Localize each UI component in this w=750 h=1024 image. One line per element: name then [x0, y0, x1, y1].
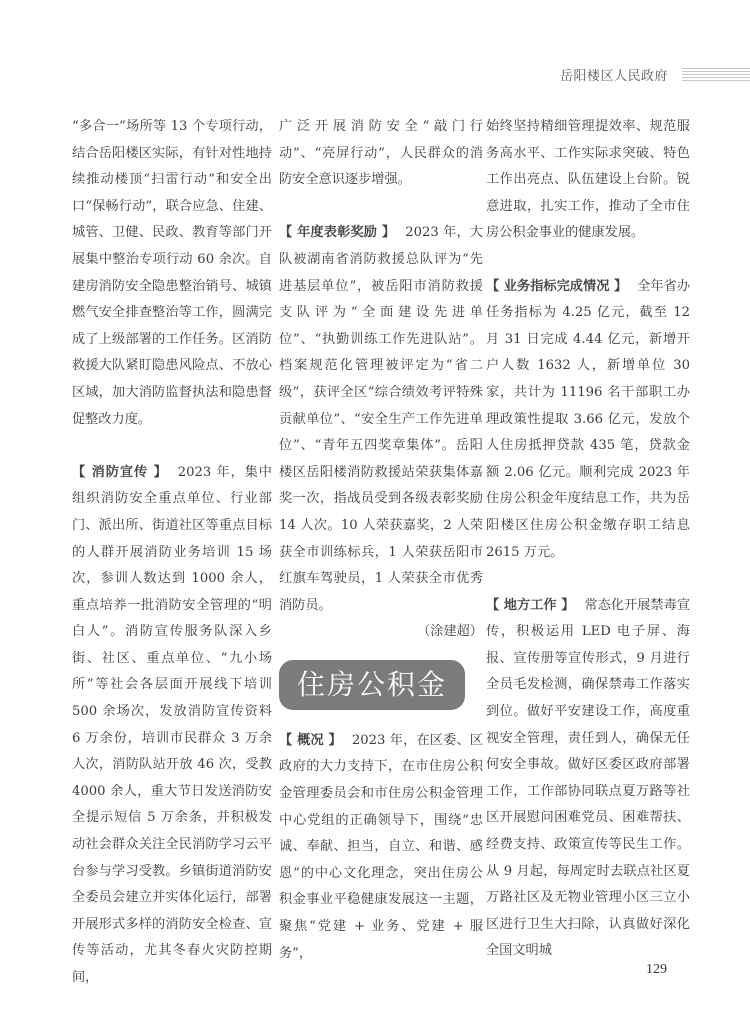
spacer — [279, 194, 483, 221]
column-right: 始终坚持精细管理提效率、规范服务高水平、工作实际求突破、特色工作出亮点、队伍建设… — [486, 114, 690, 965]
column-left: “多合一”场所等 13 个专项行动，结合岳阳楼区实际，有针对性地持续推动楼顶“扫… — [72, 114, 272, 992]
paragraph-management-principles: 始终坚持精细管理提效率、规范服务高水平、工作实际求突破、特色工作出亮点、队伍建设… — [486, 114, 690, 247]
section-overview: 【 概况 】2023 年，在区委、区政府的大力支持下，在市住房公积金管理委员会和… — [279, 728, 483, 967]
section-label-local-work: 【 地方工作 】 — [486, 598, 574, 613]
spacer — [486, 566, 690, 593]
section-text-fire-publicity: 2023 年，集中组织消防安全重点单位、行业部门、派出所、街道社区等重点目标的人… — [72, 465, 272, 985]
running-header-title: 岳阳楼区人民政府 — [560, 65, 668, 84]
section-label-fire-publicity: 【 消防宣传 】 — [72, 465, 168, 480]
running-header: 岳阳楼区人民政府 — [0, 62, 750, 86]
section-label-annual-awards: 【 年度表彰奖励 】 — [279, 225, 395, 240]
column-middle: 广泛开展消防安全“敲门行动”、“亮屏行动”，人民群众的消防安全意识逐步增强。 【… — [279, 114, 483, 967]
spacer — [72, 433, 272, 460]
paragraph-special-campaigns: “多合一”场所等 13 个专项行动，结合岳阳楼区实际，有针对性地持续推动楼顶“扫… — [72, 114, 272, 433]
section-text-local-work: 常态化开展禁毒宣传，积极运用 LED 电子屏、海报、宣传册等宣传形式，9 月进行… — [486, 598, 690, 959]
section-annual-awards: 【 年度表彰奖励 】2023 年，大队被湖南省消防救援总队评为“先进基层单位”，… — [279, 220, 483, 619]
section-business-indicators: 【 业务指标完成情况 】全年省办任务指标为 4.25 亿元，截至 12 月 31… — [486, 274, 690, 567]
section-text-annual-awards: 2023 年，大队被湖南省消防救援总队评为“先进基层单位”，被岳阳市消防救援支队… — [279, 225, 483, 612]
section-text-overview: 2023 年，在区委、区政府的大力支持下，在市住房公积金管理委员会和市住房公积金… — [279, 733, 483, 961]
section-label-overview: 【 概况 】 — [279, 733, 342, 748]
section-local-work: 【 地方工作 】常态化开展禁毒宣传，积极运用 LED 电子屏、海报、宣传册等宣传… — [486, 593, 690, 965]
spacer — [486, 247, 690, 274]
section-fire-publicity: 【 消防宣传 】2023 年，集中组织消防安全重点单位、行业部门、派出所、街道社… — [72, 460, 272, 992]
page-number: 129 — [646, 962, 667, 978]
author-credit: （涂建超） — [279, 619, 483, 646]
section-text-business-indicators: 全年省办任务指标为 4.25 亿元，截至 12 月 31 日完成 4.44 亿元… — [486, 279, 690, 560]
header-stripes-decoration — [682, 68, 750, 82]
section-title-housing-fund: 住房公积金 — [279, 660, 465, 710]
section-label-business-indicators: 【 业务指标完成情况 】 — [486, 279, 627, 294]
paragraph-door-knocking: 广泛开展消防安全“敲门行动”、“亮屏行动”，人民群众的消防安全意识逐步增强。 — [279, 114, 483, 194]
